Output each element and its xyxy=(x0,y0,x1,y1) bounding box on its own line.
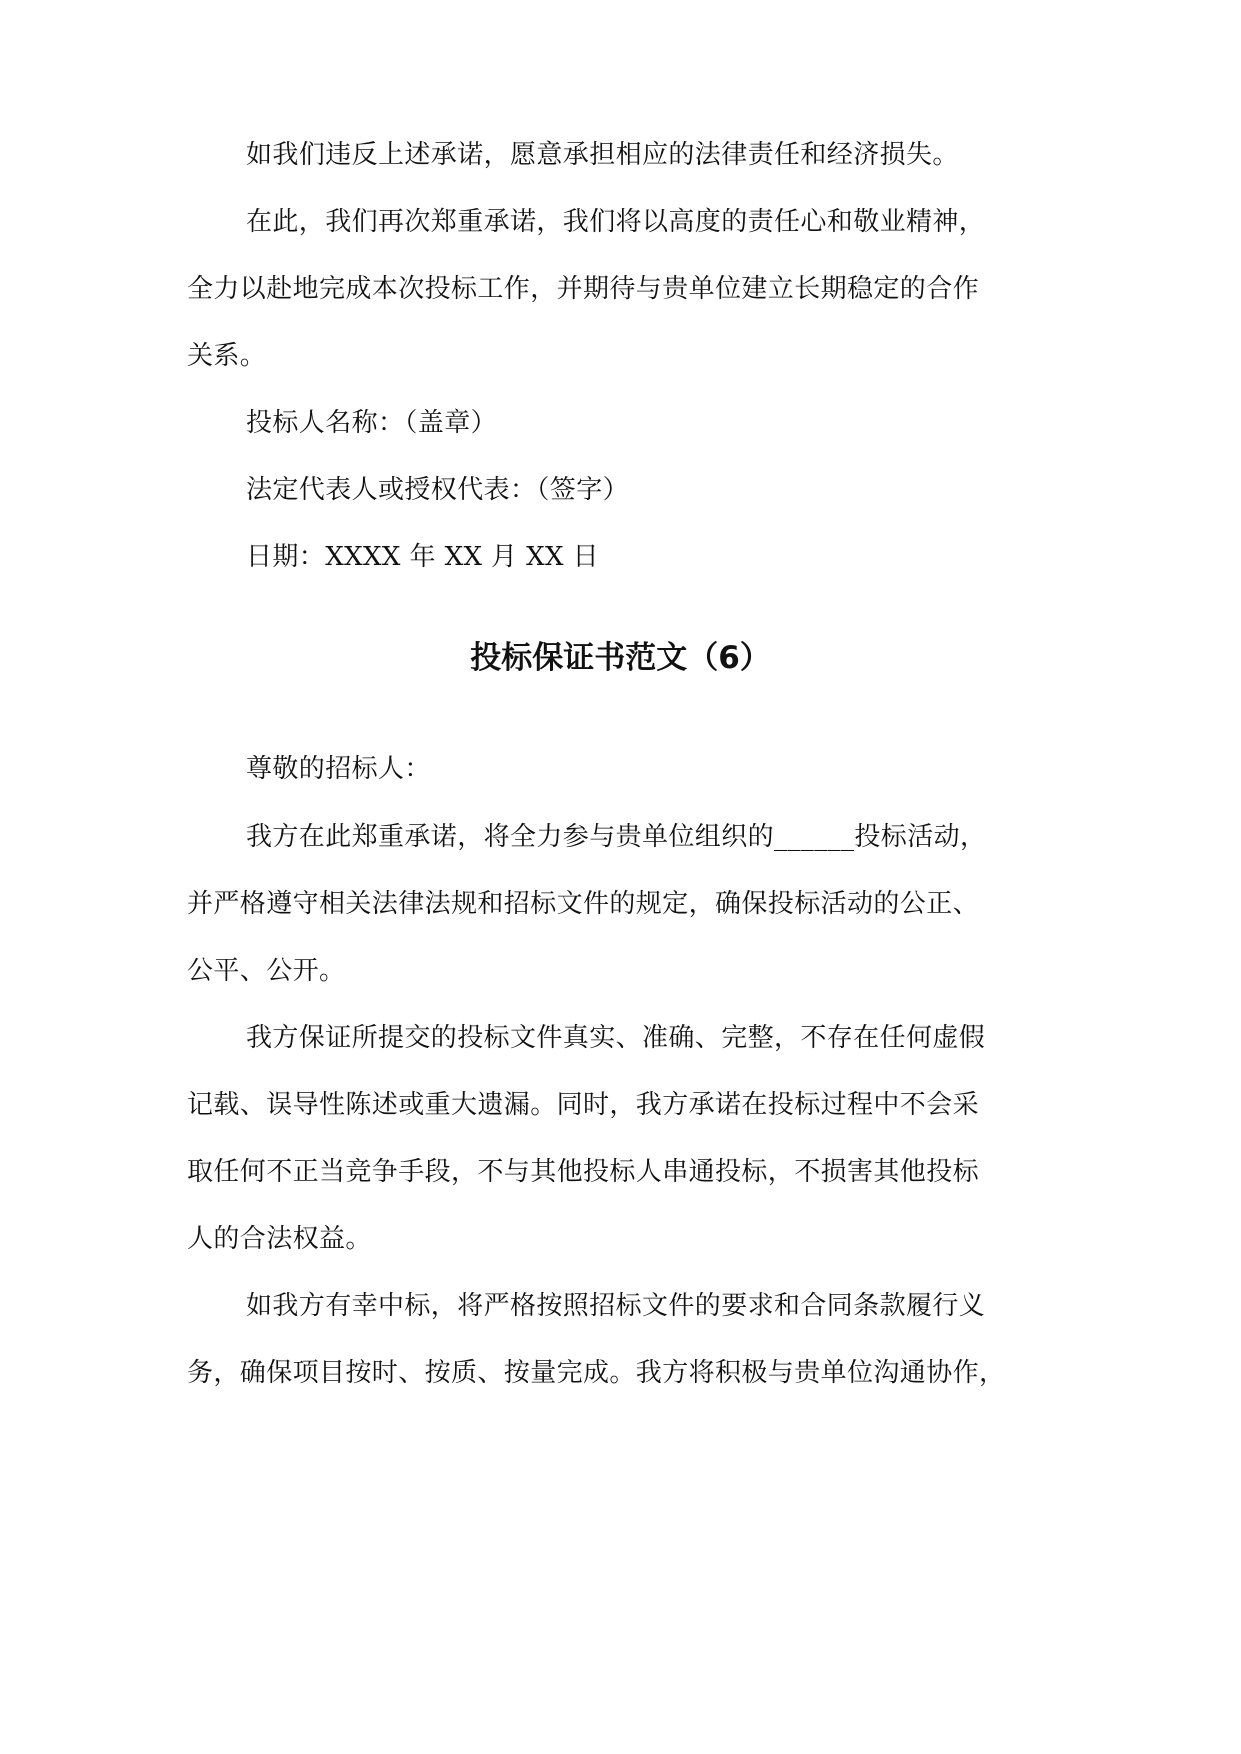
paragraph-line: 取任何不正当竞争手段，不与其他投标人串通投标，不损害其他投标 xyxy=(187,1155,1067,1189)
section-title: 投标保证书范文（6） xyxy=(0,638,1241,678)
paragraph-line: 并严格遵守相关法律法规和招标文件的规定，确保投标活动的公正、 xyxy=(187,887,1067,921)
salutation: 尊敬的招标人： xyxy=(246,752,1068,786)
paragraph-line: 在此，我们再次郑重承诺，我们将以高度的责任心和敬业精神， xyxy=(246,205,1068,239)
paragraph-line: 关系。 xyxy=(187,339,1067,373)
paragraph-line: 记载、误导性陈述或重大遗漏。同时，我方承诺在投标过程中不会采 xyxy=(187,1088,1067,1122)
representative-signature: 法定代表人或授权代表：（签字） xyxy=(246,473,1068,507)
paragraph-line: 全力以赴地完成本次投标工作，并期待与贵单位建立长期稳定的合作 xyxy=(187,272,1067,306)
paragraph-line: 人的合法权益。 xyxy=(187,1222,1067,1256)
signature-date: 日期：XXXX 年 XX 月 XX 日 xyxy=(246,540,1068,574)
paragraph-line: 如我方有幸中标，将严格按照招标文件的要求和合同条款履行义 xyxy=(246,1289,1068,1323)
paragraph-line: 公平、公开。 xyxy=(187,954,1067,988)
paragraph-line: 如我们违反上述承诺，愿意承担相应的法律责任和经济损失。 xyxy=(246,138,1068,172)
paragraph-line: 务，确保项目按时、按质、按量完成。我方将积极与贵单位沟通协作， xyxy=(187,1356,1067,1390)
paragraph-line: 我方保证所提交的投标文件真实、准确、完整，不存在任何虚假 xyxy=(246,1021,1068,1055)
bidder-name-signature: 投标人名称：（盖章） xyxy=(246,406,1068,440)
paragraph-line: 我方在此郑重承诺，将全力参与贵单位组织的______投标活动， xyxy=(246,820,1068,854)
